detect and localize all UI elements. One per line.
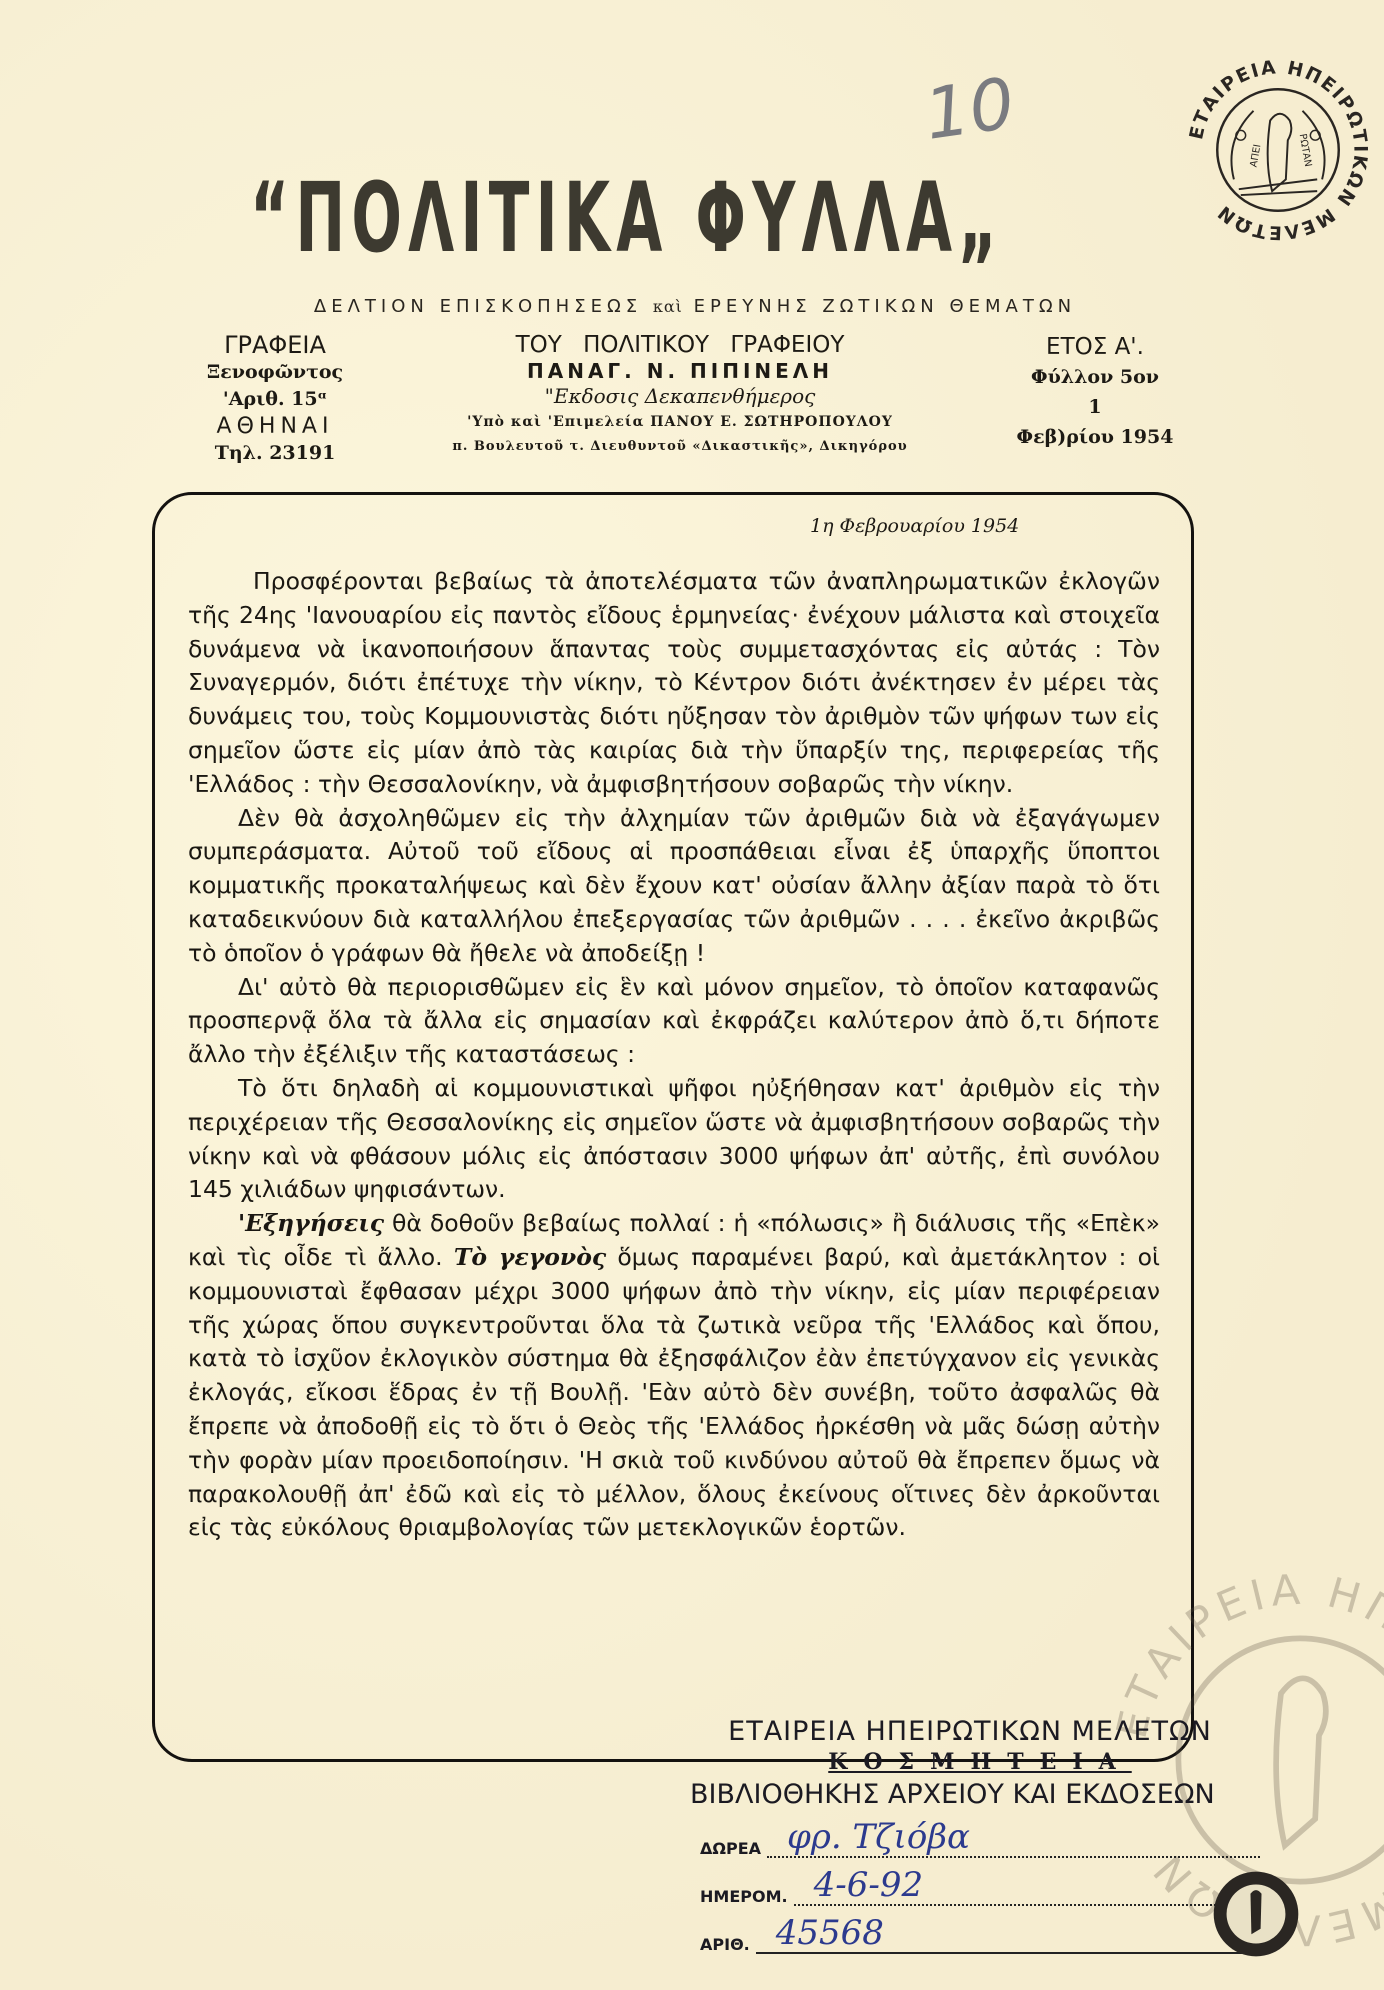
issue-day: 1 (1010, 392, 1180, 422)
article-body: Προσφέρονται βεβαίως τὰ ἀποτελέσματα τῶν… (188, 565, 1160, 1545)
offices-label: ΓΡΑΦΕΙΑ (180, 332, 370, 359)
publisher-name: ΠΑΝΑΓ. Ν. ΠΙΠΙΝΕΛΗ (380, 359, 980, 383)
editor-titles: π. Βουλευτοῦ τ. Διευθυντοῦ «Δικαστικῆς»,… (380, 435, 980, 459)
stamp-library-name: ΒΙΒΛΙΟΘΗΚΗΣ ΑΡΧΕΙΟΥ ΚΑΙ ΕΚΔΟΣΕΩΝ (690, 1779, 1260, 1810)
article-paragraph: Τὸ ὅτι δηλαδὴ αἱ κομμουνιστικαὶ ψῆφοι ηὐ… (188, 1072, 1160, 1207)
offices-block: ΓΡΑΦΕΙΑ Ξενοφῶντος 'Αριθ. 15ᵅ ΑΘΗΝΑΙ Τηλ… (180, 332, 370, 467)
publisher-block: ΤΟΥ ΠΟΛΙΤΙΚΟΥ ΓΡΑΦΕΙΟΥ ΠΑΝΑΓ. Ν. ΠΙΠΙΝΕΛ… (380, 332, 980, 459)
small-society-seal-icon (1210, 1868, 1302, 1960)
article-paragraph: 'Εξηγήσεις θὰ δοθοῦν βεβαίως πολλαί : ἡ … (188, 1207, 1160, 1545)
issue-month-year: Φεβ)ρίου 1954 (1010, 422, 1180, 452)
newspaper-title: “ΠΟΛΙΤΙΚΑ ΦΥΛΛΑ„ (250, 162, 783, 274)
offices-city: ΑΘΗΝΑΙ (180, 413, 370, 440)
stamp-field-date: ΗΜΕΡΟΜ. 4-6-92 (700, 1864, 1260, 1906)
society-seal-icon: ΕΤΑΙΡΕΙΑ ΗΠΕΙΡΩΤΙΚΩΝ ΜΕΛΕΤΩΝ ΑΠΕΙ ΡΩΤΑΝ (1180, 52, 1376, 248)
editor-name: 'Υπὸ καὶ 'Επιμελεία ΠΑΝΟΥ Ε. ΣΩΤΗΡΟΠΟΥΛΟ… (380, 409, 980, 435)
stamp-society-name: ΕΤΑΙΡΕΙΑ ΗΠΕΙΡΩΤΙΚΩΝ ΜΕΛΕΤΩΝ (680, 1716, 1260, 1747)
article-paragraph: Δι' αὐτὸ θὰ περιορισθῶμεν εἰς ἓν καὶ μόν… (188, 971, 1160, 1072)
issue-year: ΕΤΟΣ Α'. (1010, 332, 1180, 362)
svg-text:ΕΤΑΙΡΕΙΑ ΗΠΕΙΡΩΤΙΚΩΝ ΜΕΛΕΤΩΝ: ΕΤΑΙΡΕΙΑ ΗΠΕΙΡΩΤΙΚΩΝ ΜΕΛΕΤΩΝ (1186, 57, 1370, 242)
offices-street: Ξενοφῶντος (180, 359, 370, 386)
svg-text:ΑΠΕΙ: ΑΠΕΙ (1249, 143, 1264, 168)
article-paragraph: Δὲν θὰ ἀσχοληθῶμεν εἰς τὴν ἀλχημίαν τῶν … (188, 802, 1160, 971)
handwritten-page-number: 10 (920, 62, 1020, 156)
publication-frequency: "Εκδοσις Δεκαπενθήμερος (380, 383, 980, 409)
publisher-office: ΤΟΥ ΠΟΛΙΤΙΚΟΥ ΓΡΑΦΕΙΟΥ (380, 332, 980, 359)
newspaper-subtitle: ΔΕΛΤΙΟΝ ΕΠΙΣΚΟΠΗΣΕΩΣ καὶ ΕΡΕΥΝΗΣ ΖΩΤΙΚΩΝ… (200, 296, 1190, 317)
article-paragraph: Προσφέρονται βεβαίως τὰ ἀποτελέσματα τῶν… (188, 565, 1160, 802)
library-accession-stamp: ΕΤΑΙΡΕΙΑ ΗΠΕΙΡΩΤΙΚΩΝ ΜΕΛΕΤΩΝ ΚΟΣΜΗΤΕΙΑ Β… (700, 1716, 1260, 1954)
article-date: 1η Φεβρουαρίου 1954 (810, 515, 1019, 537)
offices-phone: Τηλ. 23191 (180, 440, 370, 467)
offices-number: 'Αριθ. 15ᵅ (180, 386, 370, 413)
issue-block: ΕΤΟΣ Α'. Φύλλον 5ον 1 Φεβ)ρίου 1954 (1010, 332, 1180, 452)
stamp-field-accession-number: ΑΡΙΘ. 45568 (700, 1912, 1260, 1954)
issue-number: Φύλλον 5ον (1010, 362, 1180, 392)
stamp-field-donation: ΔΩΡΕΑ φρ. Τζιόβα (700, 1816, 1260, 1858)
stamp-department: ΚΟΣΜΗΤΕΙΑ (700, 1749, 1260, 1775)
